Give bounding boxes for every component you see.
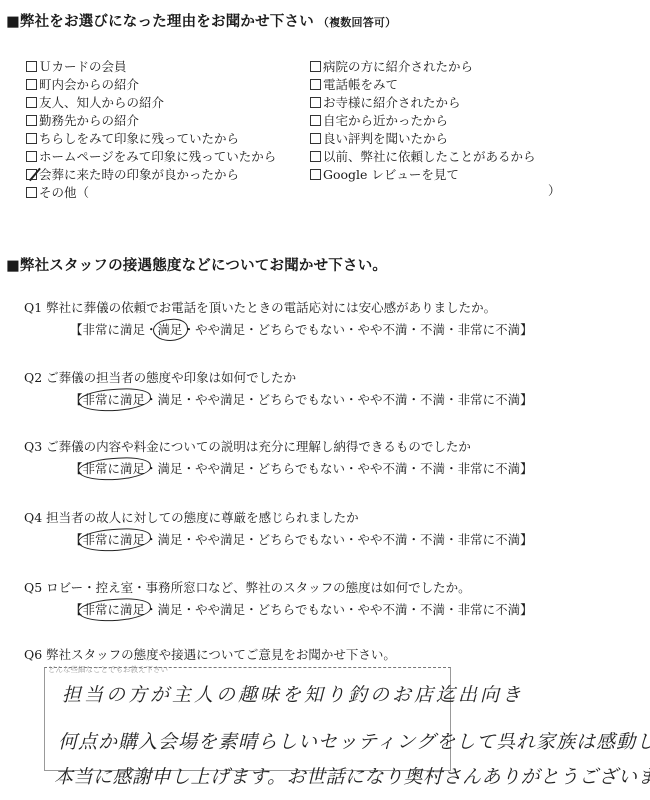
other-close-paren: ） <box>548 183 561 198</box>
separator: ・ <box>345 322 358 337</box>
rating-option[interactable]: 不満 <box>420 461 445 476</box>
separator: ・ <box>345 461 358 476</box>
rating-option[interactable]: 満足 <box>158 532 183 547</box>
separator: ・ <box>245 532 258 547</box>
checkbox[interactable] <box>26 97 37 108</box>
question-q1: Q1 弊社に葬儀の依頼でお電話を頂いたときの電話応対には安心感がありましたか。 <box>24 298 496 316</box>
rating-scale-q3: 【非常に満足・満足・やや満足・どちらでもない・やや不満・不満・非常に不満】 <box>70 459 533 477</box>
separator: ・ <box>408 532 421 547</box>
separator: ・ <box>183 461 196 476</box>
separator: ・ <box>445 532 458 547</box>
checkbox[interactable] <box>310 115 321 126</box>
question-q3: Q3 ご葬儀の内容や料金についての説明は充分に理解し納得できるものでしたか <box>24 437 471 455</box>
reason-option[interactable]: 自宅から近かったから <box>310 113 448 128</box>
reason-option-label: ホームページをみて印象に残っていたから <box>39 149 276 164</box>
separator: ・ <box>445 322 458 337</box>
reason-option[interactable]: Ｕカードの会員 <box>26 59 127 74</box>
rating-option[interactable]: 満足 <box>158 392 183 407</box>
reason-option-label: 自宅から近かったから <box>323 113 448 128</box>
checkbox[interactable] <box>310 79 321 90</box>
bracket-open: 【 <box>70 322 83 337</box>
checkbox[interactable] <box>26 187 37 198</box>
rating-option[interactable]: どちらでもない <box>258 532 345 547</box>
rating-option[interactable]: 不満 <box>420 392 445 407</box>
rating-option[interactable]: 満足 <box>158 602 183 617</box>
rating-option[interactable]: 不満 <box>420 602 445 617</box>
reason-option-label: 電話帳をみて <box>323 77 398 92</box>
checkbox[interactable] <box>310 61 321 72</box>
rating-option[interactable]: 非常に不満 <box>458 602 521 617</box>
rating-scale-q1: 【非常に満足・満足・やや満足・どちらでもない・やや不満・不満・非常に不満】 <box>70 320 533 338</box>
separator: ・ <box>183 392 196 407</box>
question-q2: Q2 ご葬儀の担当者の態度や印象は如何でしたか <box>24 368 296 386</box>
reason-option-label: 会葬に来た時の印象が良かったから <box>39 167 239 182</box>
rating-option[interactable]: 非常に不満 <box>458 392 521 407</box>
rating-option-selected[interactable]: 非常に満足 <box>83 392 146 407</box>
question-q5: Q5 ロビー・控え室・事務所窓口など、弊社のスタッフの態度は如何でしたか。 <box>24 578 471 596</box>
separator: ・ <box>245 322 258 337</box>
rating-option-selected[interactable]: 満足 <box>158 322 183 337</box>
reason-option[interactable]: 町内会からの紹介 <box>26 77 139 92</box>
rating-option[interactable]: やや不満 <box>358 532 408 547</box>
bracket-close: 】 <box>520 461 533 476</box>
rating-option[interactable]: 非常に不満 <box>458 322 521 337</box>
rating-option[interactable]: やや満足 <box>195 392 245 407</box>
separator: ・ <box>345 532 358 547</box>
checkbox[interactable] <box>310 169 321 180</box>
reason-option-label: 良い評判を聞いたから <box>323 131 448 146</box>
checkbox[interactable] <box>26 115 37 126</box>
rating-option[interactable]: 満足 <box>158 461 183 476</box>
rating-option[interactable]: やや満足 <box>195 461 245 476</box>
rating-option[interactable]: 不満 <box>420 322 445 337</box>
reason-option[interactable]: 勤務先からの紹介 <box>26 113 139 128</box>
rating-option[interactable]: どちらでもない <box>258 392 345 407</box>
question-q4: Q4 担当者の故人に対しての態度に尊厳を感じられましたか <box>24 508 359 526</box>
rating-option[interactable]: どちらでもない <box>258 322 345 337</box>
separator: ・ <box>183 532 196 547</box>
reason-option-label: Ｕカードの会員 <box>39 59 127 74</box>
reason-option-label: Google レビューを見て <box>323 167 459 182</box>
reason-option[interactable]: お寺様に紹介されたから <box>310 95 461 110</box>
reason-option-label: 勤務先からの紹介 <box>39 113 139 128</box>
rating-option[interactable]: やや満足 <box>195 602 245 617</box>
handwritten-line-2: 何点か購入会場を素晴らしいセッティングをして呉れ家族は感動し <box>58 727 650 754</box>
rating-option[interactable]: どちらでもない <box>258 602 345 617</box>
reason-option[interactable]: Google レビューを見て <box>310 167 459 182</box>
rating-option[interactable]: やや満足 <box>195 322 245 337</box>
reason-option[interactable]: 病院の方に紹介されたから <box>310 59 473 74</box>
bracket-close: 】 <box>520 602 533 617</box>
separator: ・ <box>445 602 458 617</box>
rating-scale-q5: 【非常に満足・満足・やや満足・どちらでもない・やや不満・不満・非常に不満】 <box>70 600 533 618</box>
separator: ・ <box>245 461 258 476</box>
rating-scale-q2: 【非常に満足・満足・やや満足・どちらでもない・やや不満・不満・非常に不満】 <box>70 390 533 408</box>
separator: ・ <box>345 392 358 407</box>
rating-option-selected[interactable]: 非常に満足 <box>83 532 146 547</box>
rating-option[interactable]: 非常に不満 <box>458 532 521 547</box>
checkbox[interactable] <box>26 151 37 162</box>
reason-option[interactable]: その他（ <box>26 185 89 200</box>
rating-option-selected[interactable]: 非常に満足 <box>83 461 146 476</box>
reason-option[interactable]: 良い評判を聞いたから <box>310 131 448 146</box>
rating-option[interactable]: やや不満 <box>358 322 408 337</box>
separator: ・ <box>445 461 458 476</box>
rating-option[interactable]: やや不満 <box>358 461 408 476</box>
question-q6: Q6 弊社スタッフの態度や接遇についてご意見をお聞かせ下さい。 <box>24 645 396 663</box>
rating-option[interactable]: やや不満 <box>358 392 408 407</box>
reason-option[interactable]: ホームページをみて印象に残っていたから <box>26 149 276 164</box>
reason-option[interactable]: 以前、弊社に依頼したことがあるから <box>310 149 536 164</box>
separator: ・ <box>408 461 421 476</box>
reason-option[interactable]: 会葬に来た時の印象が良かったから <box>26 167 239 182</box>
separator: ・ <box>245 392 258 407</box>
section-title-text: ■弊社をお選びになった理由をお聞かせ下さい <box>6 14 314 30</box>
rating-scale-q4: 【非常に満足・満足・やや満足・どちらでもない・やや不満・不満・非常に不満】 <box>70 530 533 548</box>
checkbox[interactable] <box>26 79 37 90</box>
reason-option[interactable]: ちらしをみて印象に残っていたから <box>26 131 239 146</box>
rating-option[interactable]: 非常に不満 <box>458 461 521 476</box>
handwritten-line-3: 本当に感謝申し上げます。お世話になり奥村さんありがとうございました。 <box>54 762 650 789</box>
separator: ・ <box>408 392 421 407</box>
reason-option-label: 友人、知人からの紹介 <box>39 95 164 110</box>
rating-option[interactable]: やや満足 <box>195 532 245 547</box>
checkbox[interactable] <box>310 97 321 108</box>
separator: ・ <box>345 602 358 617</box>
section-title-reasons: ■弊社をお選びになった理由をお聞かせ下さい（複数回答可） <box>6 10 396 31</box>
checkbox[interactable] <box>310 133 321 144</box>
separator: ・ <box>245 602 258 617</box>
reason-option[interactable]: 電話帳をみて <box>310 77 398 92</box>
bracket-close: 】 <box>520 532 533 547</box>
handwritten-line-1: 担当の方が主人の趣味を知り釣のお店迄出向き <box>62 680 524 707</box>
reason-option-label: その他（ <box>39 185 89 200</box>
checkbox[interactable] <box>310 151 321 162</box>
comment-hint: どんな些細なことでもお教え下さい <box>48 664 168 675</box>
separator: ・ <box>408 322 421 337</box>
separator: ・ <box>183 602 196 617</box>
checkbox[interactable] <box>26 61 37 72</box>
bracket-close: 】 <box>520 392 533 407</box>
reason-option-label: お寺様に紹介されたから <box>323 95 461 110</box>
separator: ・ <box>408 602 421 617</box>
multiple-answers-note: （複数回答可） <box>318 16 396 29</box>
rating-option[interactable]: どちらでもない <box>258 461 345 476</box>
section-title-staff: ■弊社スタッフの接遇態度などについてお聞かせ下さい。 <box>6 254 387 275</box>
reason-option[interactable]: 友人、知人からの紹介 <box>26 95 164 110</box>
rating-option[interactable]: 不満 <box>420 532 445 547</box>
bracket-close: 】 <box>520 322 533 337</box>
separator: ・ <box>445 392 458 407</box>
checkbox-checked[interactable] <box>26 169 37 180</box>
checkbox[interactable] <box>26 133 37 144</box>
rating-option[interactable]: やや不満 <box>358 602 408 617</box>
reason-option-label: ちらしをみて印象に残っていたから <box>39 131 239 146</box>
reason-option-label: 病院の方に紹介されたから <box>323 59 473 74</box>
rating-option[interactable]: 非常に満足 <box>83 322 146 337</box>
reason-option-label: 町内会からの紹介 <box>39 77 139 92</box>
rating-option-selected[interactable]: 非常に満足 <box>83 602 146 617</box>
reason-option-label: 以前、弊社に依頼したことがあるから <box>323 149 536 164</box>
